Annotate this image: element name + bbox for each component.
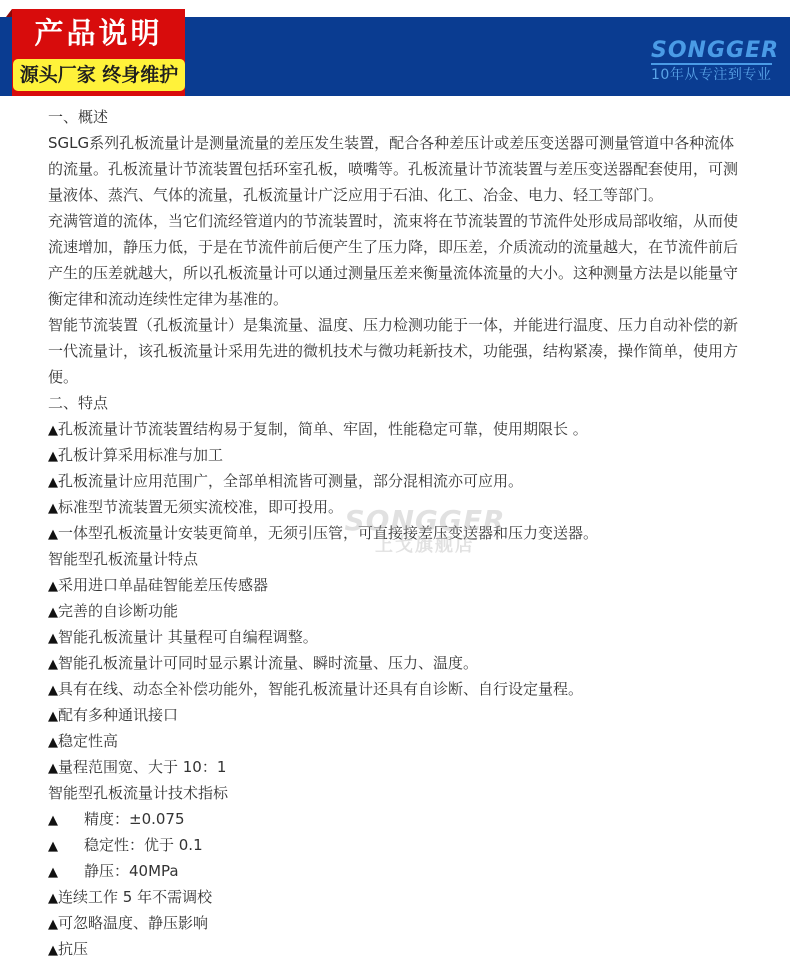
triangle-bullet-icon: ▲ bbox=[48, 886, 58, 912]
text-line: 流速增加，静压力低，于是在节流件前后便产生了压力降，即压差，介质流动的流量越大，… bbox=[48, 234, 778, 260]
feature-text: 完善的自诊断功能 bbox=[58, 602, 178, 620]
text-line: SGLG系列孔板流量计是测量流量的差压发生装置，配合各种差压计或差压变送器可测量… bbox=[48, 130, 778, 156]
text-line: 产生的压差就越大，所以孔板流量计可以通过测量压差来衡量流体流量的大小。这种测量方… bbox=[48, 260, 778, 286]
triangle-bullet-icon: ▲ bbox=[48, 938, 58, 964]
smart-feature-list: ▲采用进口单晶硅智能差压传感器 ▲完善的自诊断功能 ▲智能孔板流量计 其量程可自… bbox=[48, 572, 778, 780]
spec-heading: 智能型孔板流量计技术指标 bbox=[48, 780, 778, 806]
product-description: 一、概述 SGLG系列孔板流量计是测量流量的差压发生装置，配合各种差压计或差压变… bbox=[48, 104, 778, 962]
feature-item: ▲孔板计算采用标准与加工 bbox=[48, 442, 778, 468]
spec-text: 连续工作 5 年不需调校 bbox=[58, 888, 212, 906]
triangle-bullet-icon: ▲ bbox=[48, 626, 58, 652]
feature-text: 稳定性高 bbox=[58, 732, 118, 750]
feature-item: ▲一体型孔板流量计安装更简单，无须引压管，可直接接差压变送器和压力变送器。 bbox=[48, 520, 778, 546]
feature-text: 标准型节流装置无须实流校准，即可投用。 bbox=[58, 498, 343, 516]
smart-feature-item: ▲稳定性高 bbox=[48, 728, 778, 754]
feature-text: 采用进口单晶硅智能差压传感器 bbox=[58, 576, 268, 594]
feature-text: 孔板流量计节流装置结构易于复制，简单、牢固，性能稳定可靠，使用期限长 。 bbox=[58, 420, 588, 438]
spec-item: ▲稳定性：优于 0.1 bbox=[48, 832, 778, 858]
triangle-bullet-icon: ▲ bbox=[48, 522, 58, 548]
feature-item: ▲孔板流量计应用范围广，全部单相流皆可测量，部分混相流亦可应用。 bbox=[48, 468, 778, 494]
triangle-bullet-icon: ▲ bbox=[48, 756, 58, 782]
triangle-bullet-icon: ▲ bbox=[48, 730, 58, 756]
smart-feature-item: ▲智能孔板流量计可同时显示累计流量、瞬时流量、压力、温度。 bbox=[48, 650, 778, 676]
text-line: 量液体、蒸汽、气体的流量，孔板流量计广泛应用于石油、化工、冶金、电力、轻工等部门… bbox=[48, 182, 778, 208]
spec-list: ▲精度：±0.075 ▲稳定性：优于 0.1 ▲静压：40MPa ▲连续工作 5… bbox=[48, 806, 778, 962]
triangle-bullet-icon: ▲ bbox=[48, 496, 58, 522]
section-heading-overview: 一、概述 bbox=[48, 104, 778, 130]
spec-text: 抗压 bbox=[58, 940, 88, 958]
triangle-bullet-icon: ▲ bbox=[48, 678, 58, 704]
text-line: 便。 bbox=[48, 364, 778, 390]
spec-text: 精度：±0.075 bbox=[84, 810, 185, 828]
overview-paragraph-1: SGLG系列孔板流量计是测量流量的差压发生装置，配合各种差压计或差压变送器可测量… bbox=[48, 130, 778, 208]
smart-feature-item: ▲智能孔板流量计 其量程可自编程调整。 bbox=[48, 624, 778, 650]
triangle-bullet-icon: ▲ bbox=[48, 808, 84, 834]
triangle-bullet-icon: ▲ bbox=[48, 418, 58, 444]
text-line: 智能节流装置（孔板流量计）是集流量、温度、压力检测功能于一体，并能进行温度、压力… bbox=[48, 312, 778, 338]
feature-text: 量程范围宽、大于 10：1 bbox=[58, 758, 226, 776]
spec-text: 可忽略温度、静压影响 bbox=[58, 914, 208, 932]
triangle-bullet-icon: ▲ bbox=[48, 470, 58, 496]
overview-paragraph-3: 智能节流装置（孔板流量计）是集流量、温度、压力检测功能于一体，并能进行温度、压力… bbox=[48, 312, 778, 390]
brand-slogan: 10年从专注到专业 bbox=[651, 65, 773, 85]
smart-feature-item: ▲量程范围宽、大于 10：1 bbox=[48, 754, 778, 780]
text-line: 充满管道的流体，当它们流经管道内的节流装置时，流束将在节流装置的节流件处形成局部… bbox=[48, 208, 778, 234]
feature-text: 一体型孔板流量计安装更简单，无须引压管，可直接接差压变送器和压力变送器。 bbox=[58, 524, 598, 542]
feature-item: ▲孔板流量计节流装置结构易于复制，简单、牢固，性能稳定可靠，使用期限长 。 bbox=[48, 416, 778, 442]
triangle-bullet-icon: ▲ bbox=[48, 834, 84, 860]
spec-item: ▲可忽略温度、静压影响 bbox=[48, 910, 778, 936]
feature-text: 配有多种通讯接口 bbox=[58, 706, 178, 724]
feature-item: ▲标准型节流装置无须实流校准，即可投用。 bbox=[48, 494, 778, 520]
spec-item: ▲静压：40MPa bbox=[48, 858, 778, 884]
triangle-bullet-icon: ▲ bbox=[48, 600, 58, 626]
feature-list: ▲孔板流量计节流装置结构易于复制，简单、牢固，性能稳定可靠，使用期限长 。 ▲孔… bbox=[48, 416, 778, 546]
smart-features-heading: 智能型孔板流量计特点 bbox=[48, 546, 778, 572]
section-heading-features: 二、特点 bbox=[48, 390, 778, 416]
overview-paragraph-2: 充满管道的流体，当它们流经管道内的节流装置时，流束将在节流装置的节流件处形成局部… bbox=[48, 208, 778, 312]
brand-logo: SONGGER 10年从专注到专业 bbox=[651, 40, 773, 85]
spec-text: 静压：40MPa bbox=[84, 862, 179, 880]
feature-text: 具有在线、动态全补偿功能外，智能孔板流量计还具有自诊断、自行设定量程。 bbox=[58, 680, 583, 698]
text-line: 一代流量计，该孔板流量计采用先进的微机技术与微功耗新技术，功能强，结构紧凑，操作… bbox=[48, 338, 778, 364]
triangle-bullet-icon: ▲ bbox=[48, 652, 58, 678]
smart-feature-item: ▲配有多种通讯接口 bbox=[48, 702, 778, 728]
smart-feature-item: ▲具有在线、动态全补偿功能外，智能孔板流量计还具有自诊断、自行设定量程。 bbox=[48, 676, 778, 702]
feature-text: 智能孔板流量计 其量程可自编程调整。 bbox=[58, 628, 318, 646]
text-line: 衡定律和流动连续性定律为基准的。 bbox=[48, 286, 778, 312]
brand-name: SONGGER bbox=[651, 40, 773, 62]
smart-feature-item: ▲完善的自诊断功能 bbox=[48, 598, 778, 624]
feature-text: 智能孔板流量计可同时显示累计流量、瞬时流量、压力、温度。 bbox=[58, 654, 478, 672]
feature-text: 孔板计算采用标准与加工 bbox=[58, 446, 223, 464]
feature-text: 孔板流量计应用范围广，全部单相流皆可测量，部分混相流亦可应用。 bbox=[58, 472, 523, 490]
triangle-bullet-icon: ▲ bbox=[48, 860, 84, 886]
triangle-bullet-icon: ▲ bbox=[48, 444, 58, 470]
triangle-bullet-icon: ▲ bbox=[48, 912, 58, 938]
triangle-bullet-icon: ▲ bbox=[48, 704, 58, 730]
spec-item: ▲精度：±0.075 bbox=[48, 806, 778, 832]
spec-text: 稳定性：优于 0.1 bbox=[84, 836, 203, 854]
smart-feature-item: ▲采用进口单晶硅智能差压传感器 bbox=[48, 572, 778, 598]
spec-item: ▲抗压 bbox=[48, 936, 778, 962]
text-line: 的流量。孔板流量计节流装置包括环室孔板，喷嘴等。孔板流量计节流装置与差压变送器配… bbox=[48, 156, 778, 182]
triangle-bullet-icon: ▲ bbox=[48, 574, 58, 600]
product-banner: 产品说明 源头厂家 终身维护 SONGGER 10年从专注到专业 bbox=[0, 0, 790, 96]
spec-item: ▲连续工作 5 年不需调校 bbox=[48, 884, 778, 910]
banner-subtitle: 源头厂家 终身维护 bbox=[13, 59, 185, 91]
banner-title: 产品说明 bbox=[12, 14, 185, 52]
